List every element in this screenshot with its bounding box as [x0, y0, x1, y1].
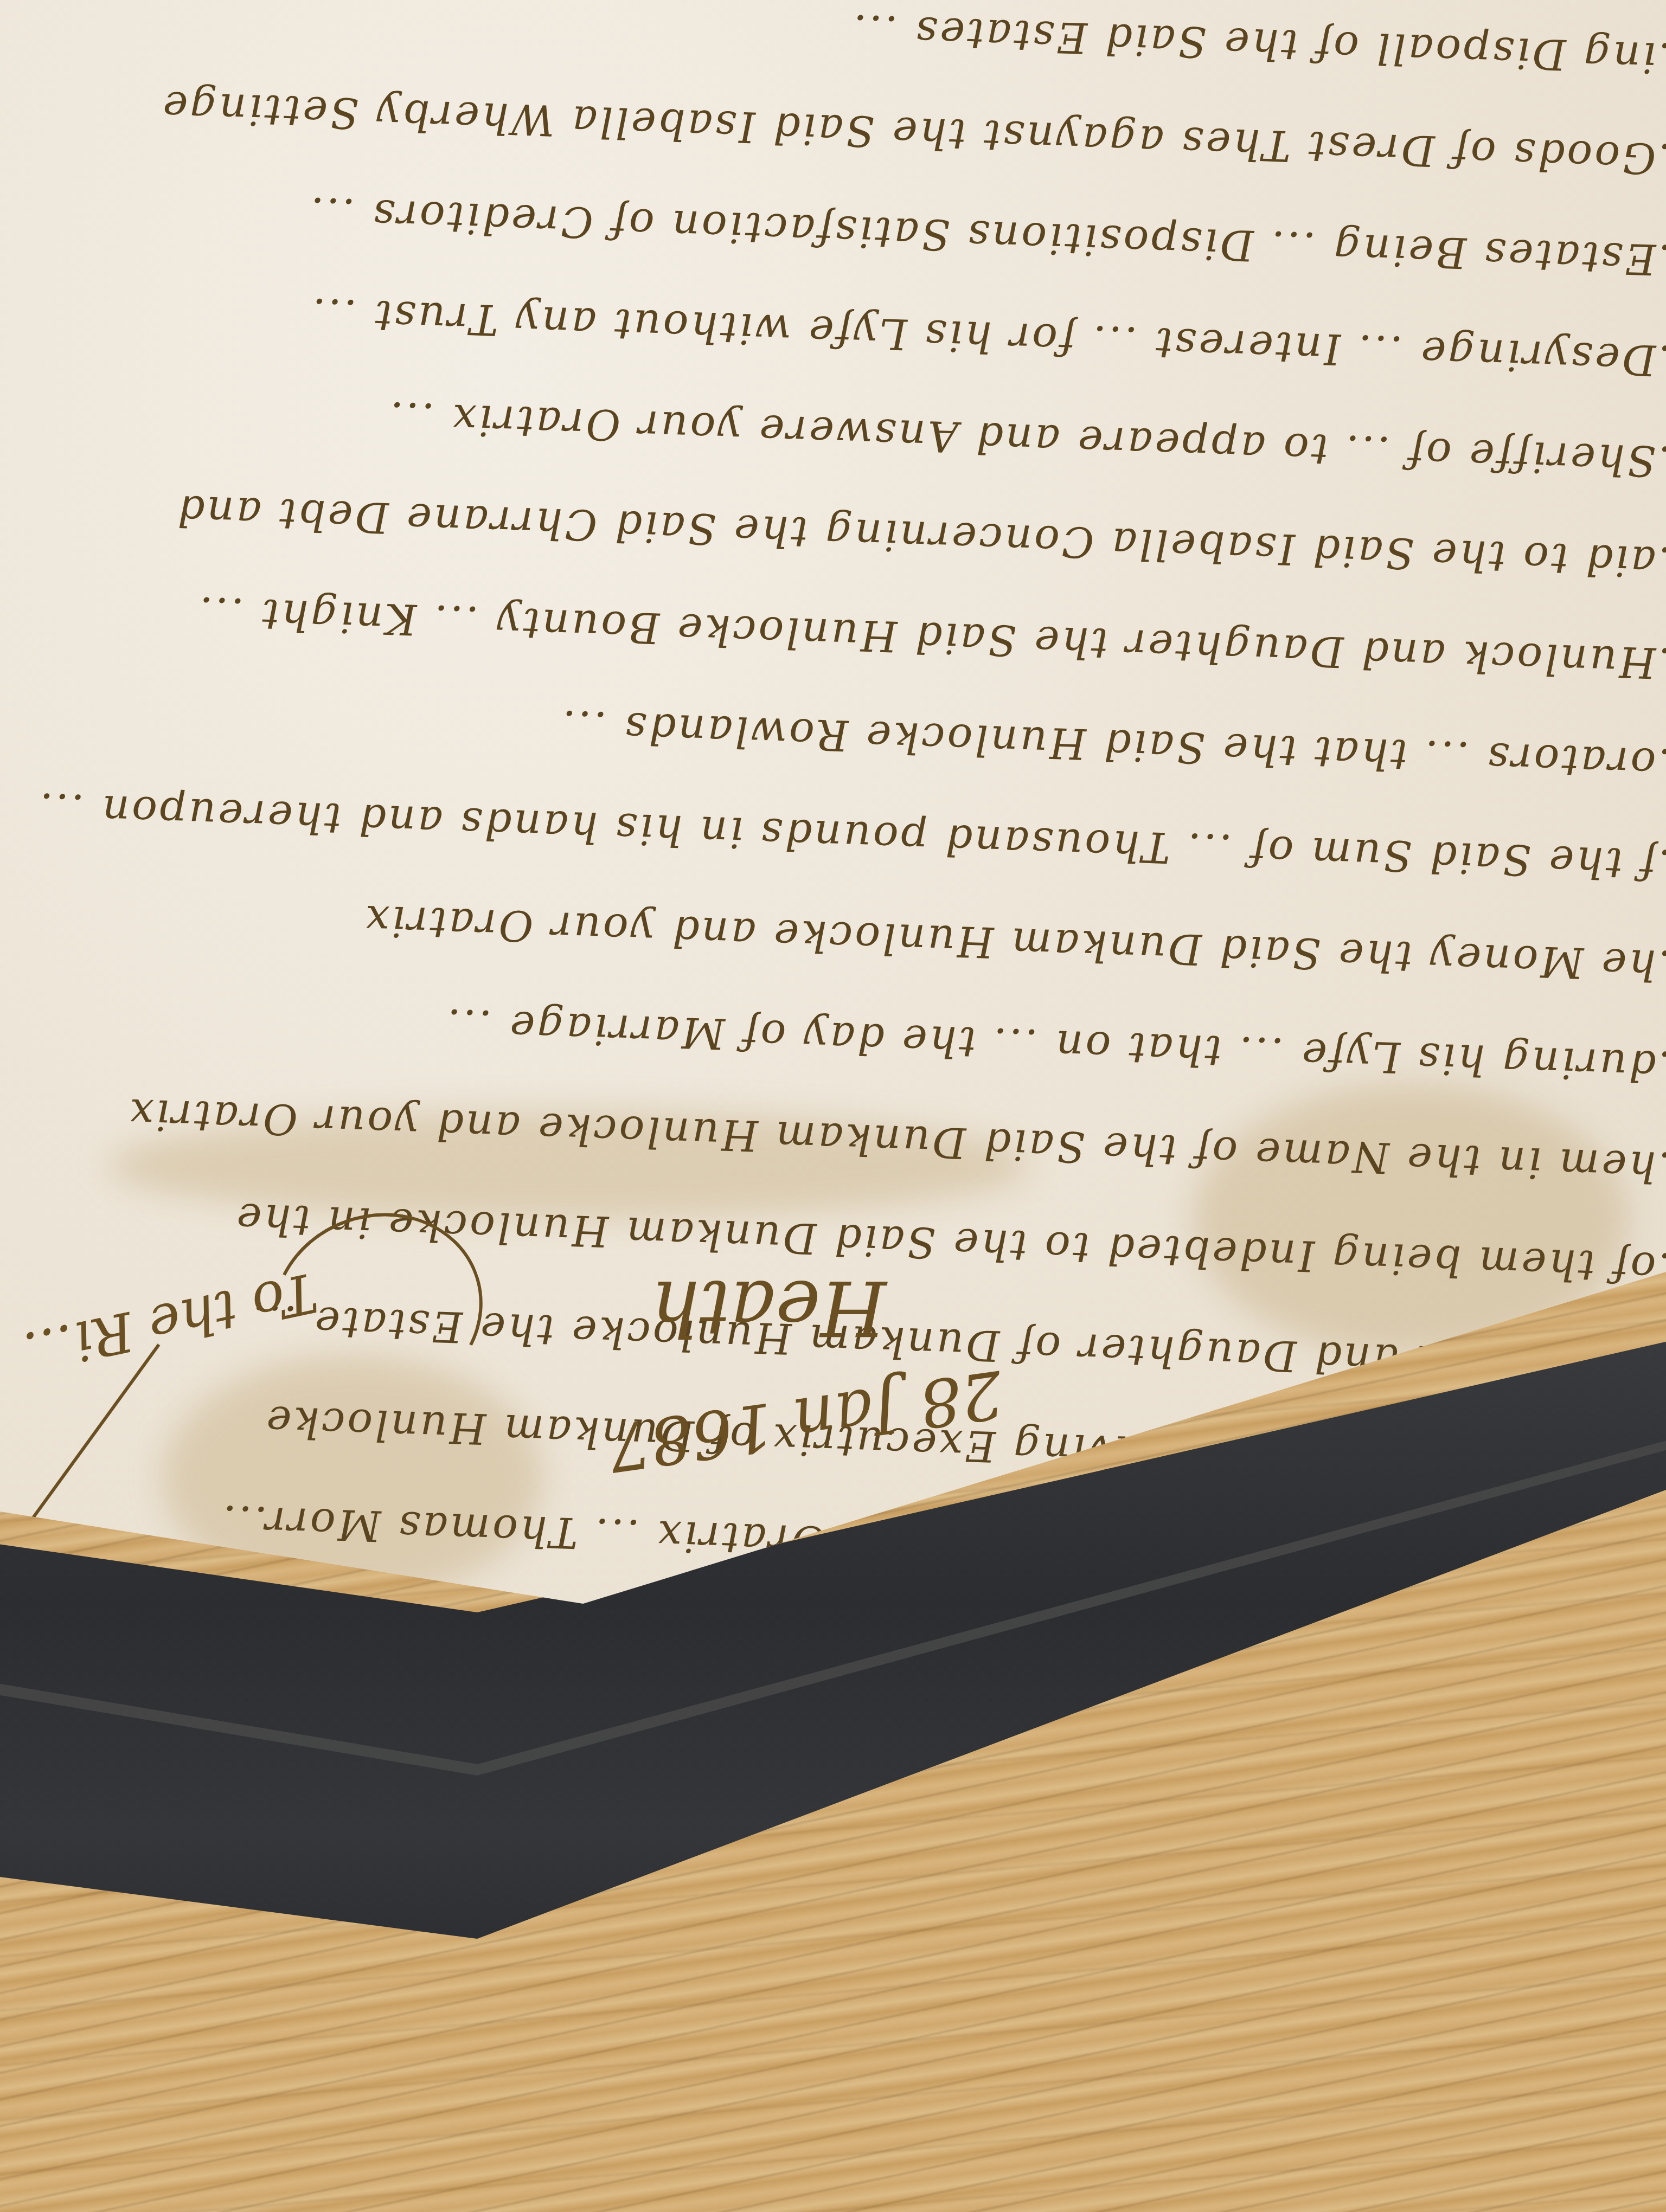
signature: Heath: [651, 1263, 887, 1352]
